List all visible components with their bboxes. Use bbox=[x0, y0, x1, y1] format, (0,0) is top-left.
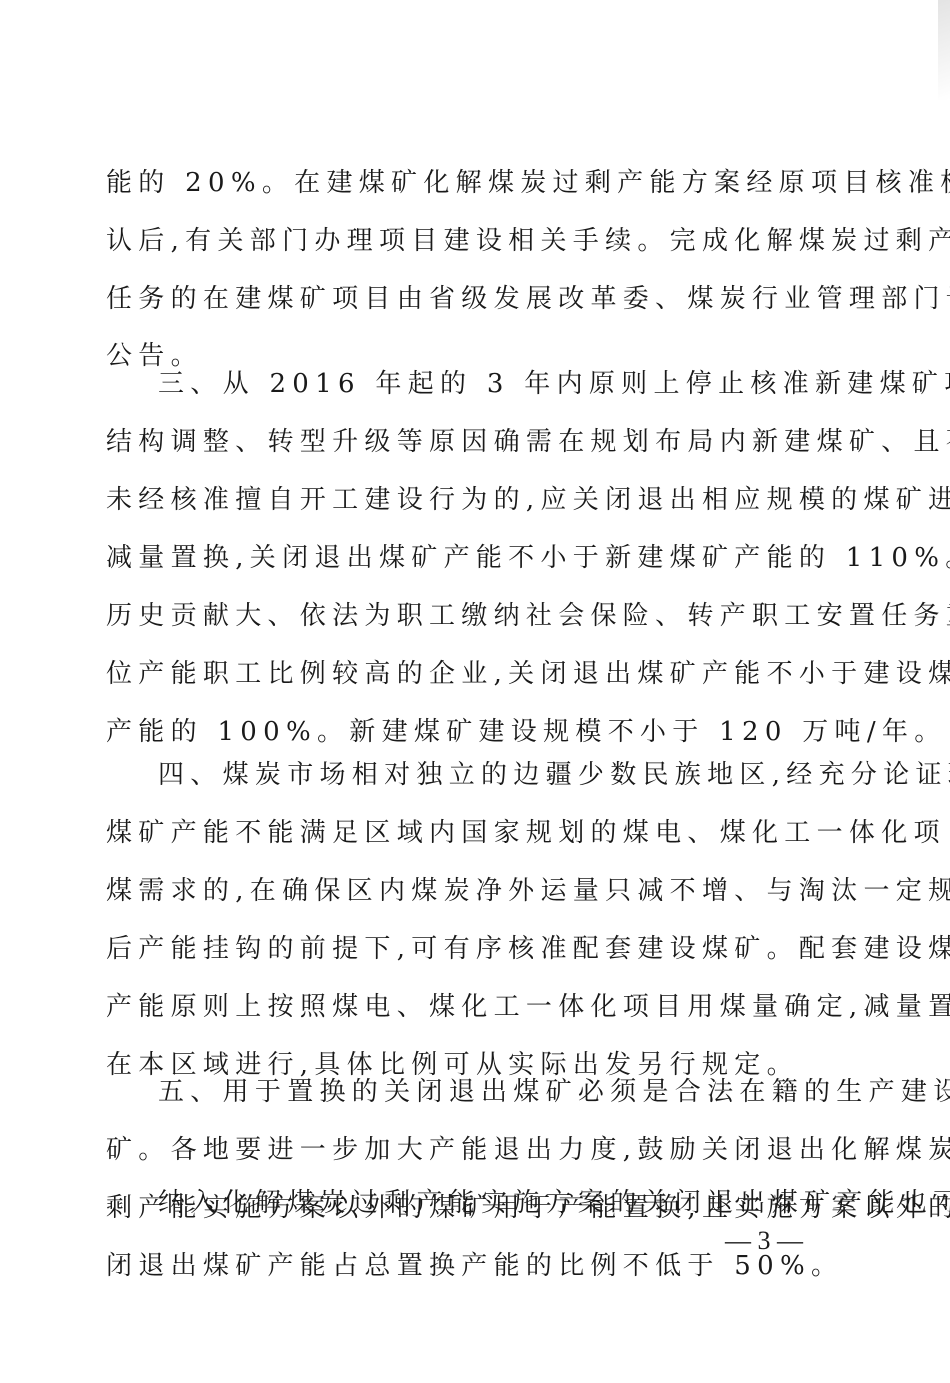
page-number: — 3 — bbox=[725, 1226, 803, 1256]
text-line: 任务的在建煤矿项目由省级发展改革委、煤炭行业管理部门予以 bbox=[106, 282, 826, 316]
text-line: 减量置换,关闭退出煤矿产能不小于新建煤矿产能的 110%。对于 bbox=[106, 541, 826, 575]
text-line: 认后,有关部门办理项目建设相关手续。完成化解煤炭过剩产能 bbox=[106, 224, 826, 258]
text-line: 闭退出煤矿产能占总置换产能的比例不低于 50%。 bbox=[106, 1249, 826, 1283]
document-page: 能的 20%。在建煤矿化解煤炭过剩产能方案经原项目核准机关确 认后,有关部门办理… bbox=[0, 0, 950, 1383]
text-line: 产能原则上按照煤电、煤化工一体化项目用煤量确定,减量置换可 bbox=[106, 990, 826, 1024]
text-line: 纳入化解煤炭过剩产能实施方案的关闭退出煤矿产能也可用 bbox=[158, 1186, 878, 1220]
text-line: 煤矿产能不能满足区域内国家规划的煤电、煤化工一体化项目用 bbox=[106, 816, 826, 850]
text-line: 五、用于置换的关闭退出煤矿必须是合法在籍的生产建设煤 bbox=[158, 1075, 878, 1109]
text-line: 结构调整、转型升级等原因确需在规划布局内新建煤矿、且不存在 bbox=[106, 425, 826, 459]
text-line: 煤需求的,在确保区内煤炭净外运量只减不增、与淘汰一定规模落 bbox=[106, 874, 826, 908]
text-line: 四、煤炭市场相对独立的边疆少数民族地区,经充分论证现有 bbox=[158, 758, 878, 792]
text-line: 后产能挂钩的前提下,可有序核准配套建设煤矿。配套建设煤矿 bbox=[106, 932, 826, 966]
text-line: 三、从 2016 年起的 3 年内原则上停止核准新建煤矿项目。因 bbox=[158, 367, 878, 401]
text-line: 能的 20%。在建煤矿化解煤炭过剩产能方案经原项目核准机关确 bbox=[106, 166, 826, 200]
text-line: 产能的 100%。新建煤矿建设规模不小于 120 万吨/年。 bbox=[106, 715, 826, 749]
text-line: 位产能职工比例较高的企业,关闭退出煤矿产能不小于建设煤矿 bbox=[106, 657, 826, 691]
text-line: 未经核准擅自开工建设行为的,应关闭退出相应规模的煤矿进行 bbox=[106, 483, 826, 517]
scan-artifact bbox=[938, 0, 950, 100]
text-line: 矿。各地要进一步加大产能退出力度,鼓励关闭退出化解煤炭过 bbox=[106, 1133, 826, 1167]
text-line: 历史贡献大、依法为职工缴纳社会保险、转产职工安置任务重、单 bbox=[106, 599, 826, 633]
